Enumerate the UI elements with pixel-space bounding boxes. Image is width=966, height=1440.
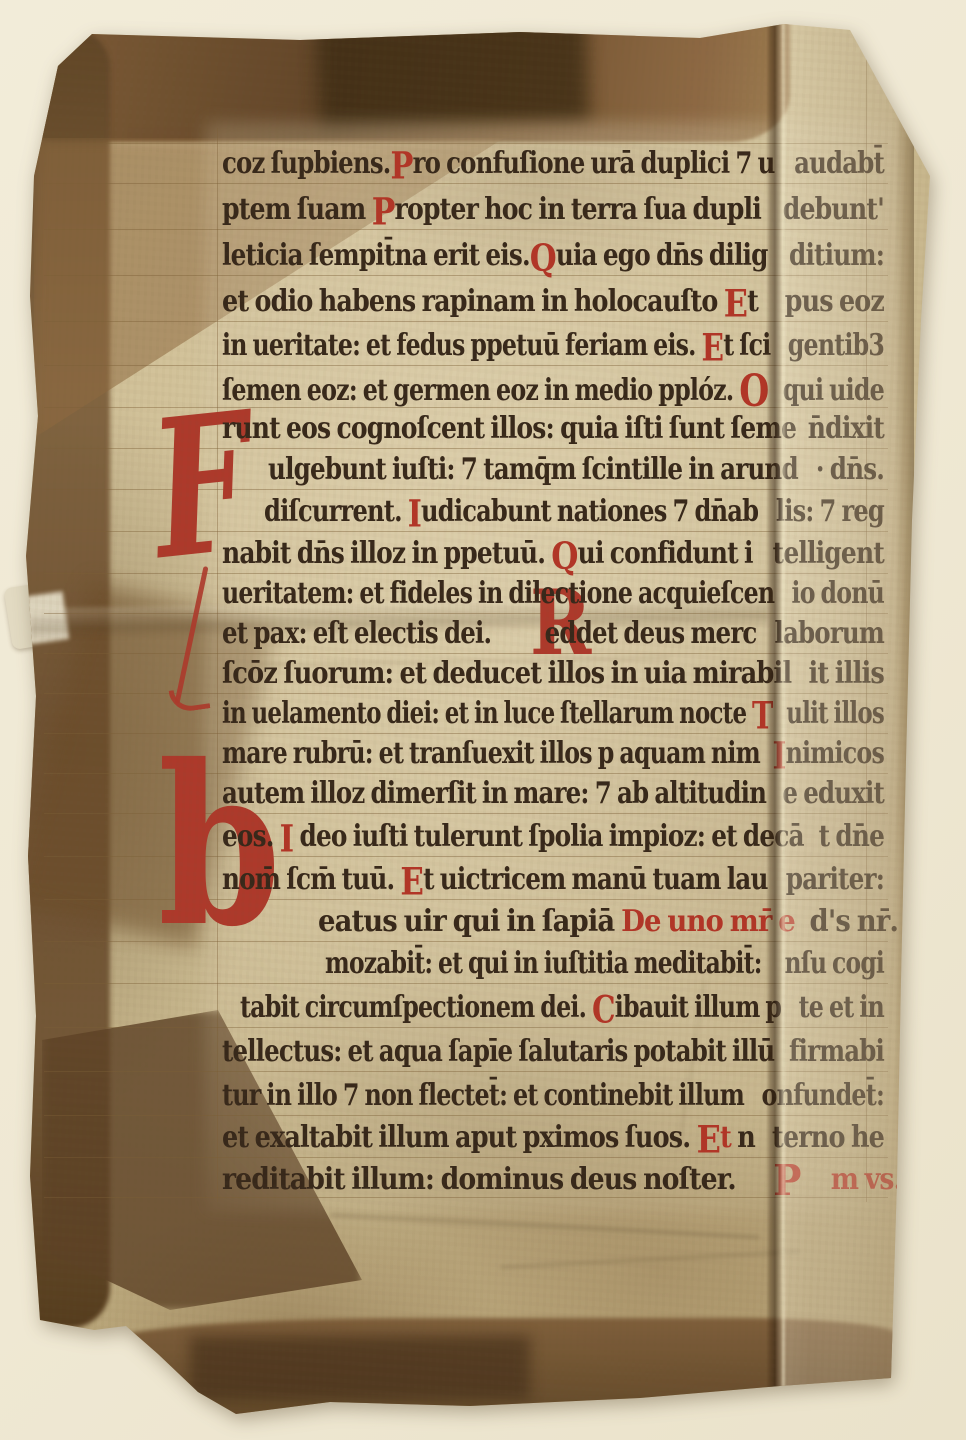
rubric-text: I — [280, 816, 294, 860]
ruling-line — [44, 1157, 888, 1158]
text-run: ibauit illum p — [615, 990, 781, 1025]
rubric-text: Q — [551, 533, 577, 577]
text-run: te et in — [799, 990, 884, 1025]
rubric-text: C — [592, 987, 615, 1031]
text-run: in ueritate: et fedus ppetuū feriam eis. — [222, 328, 701, 363]
ruling-line — [44, 531, 888, 532]
text-run: laborum — [774, 616, 884, 651]
text-run: eddet deus merc — [545, 616, 757, 651]
ruling-line — [44, 1197, 888, 1198]
manuscript-line: runt eos cognoſcent illos: quia iſti ſun… — [222, 411, 884, 453]
initial-F-flourish-tail — [175, 566, 209, 704]
ruling-line — [44, 773, 888, 774]
text-run: e eduxit — [782, 776, 884, 811]
text-run: terno he — [772, 1120, 884, 1155]
leather-stain-top — [24, 20, 790, 142]
ruling-line — [44, 899, 888, 900]
text-run: debunt' — [783, 192, 884, 227]
text-run: diſcurrent. — [264, 494, 408, 529]
text-run: ui confidunt i — [578, 536, 753, 571]
rubric-text: P — [773, 1156, 800, 1205]
wrinkle — [250, 656, 670, 666]
text-run: et odio habens rapinam in holocauſto — [222, 284, 724, 319]
manuscript-line: ueritatem: et fideles in dilectione acqu… — [222, 576, 884, 618]
ruling-line — [44, 613, 888, 614]
text-run: · dn̄s. — [816, 452, 884, 487]
text-run: ulgebunt iuſti: 7 tamq̄m ſcintille in ar… — [268, 452, 798, 487]
manuscript-line: autem illoz dimerſit in mare: 7 ab altit… — [222, 776, 884, 818]
manuscript-line: tellectus: et aqua ſapīe ſalutaris potab… — [222, 1034, 884, 1076]
text-run: pus eoz — [785, 284, 884, 319]
leather-stain-left — [18, 28, 110, 1328]
text-run: telligent — [773, 536, 884, 571]
fold-ridge-highlight — [782, 20, 785, 1388]
folded-parchment-strip — [766, 20, 914, 1388]
manuscript-line: in uelamento diei: et in luce ſtellarum … — [222, 696, 884, 738]
text-run: ptem ſuam — [222, 192, 372, 227]
manuscript-line: reditabit illum: dominus deus noſter.Pm … — [222, 1160, 902, 1202]
text-run: io donū — [792, 576, 884, 611]
ruling-line — [44, 983, 888, 984]
text-run: n̄dixit — [808, 411, 884, 446]
manuscript-line: leticia ſempit̄na erit eis.Quia ego dn̄s… — [222, 238, 884, 280]
text-run: mozabit̄: et qui in iuſtitia meditabit̄: — [325, 946, 767, 981]
ruling-line — [44, 143, 888, 144]
ruling-line — [44, 407, 888, 408]
text-run: nſu cogi — [785, 946, 884, 981]
text-run: ro confuſione urā duplici 7 u — [413, 146, 775, 181]
text-run: et pax: eſt electis dei. — [222, 616, 497, 651]
ruling-line — [44, 813, 888, 814]
tear-notch — [21, 591, 69, 644]
manuscript-line: coz ſupbiens.Pro confuſione urā duplici … — [222, 146, 884, 188]
text-run: gentib3 — [788, 328, 884, 363]
rubric-text: E — [724, 281, 747, 325]
text-run: reditabit illum: dominus deus noſter. — [222, 1162, 736, 1197]
wrinkle — [330, 1213, 760, 1239]
manuscript-line: diſcurrent. Iudicabunt nationes 7 dn̄abl… — [264, 494, 884, 536]
ruling-line — [44, 321, 888, 322]
ruling-line — [44, 275, 888, 276]
rubric-text: E — [400, 859, 423, 903]
text-run: audabt̄ — [794, 146, 884, 181]
leather-stain-bottom-left — [42, 1010, 362, 1310]
ruling-line — [44, 183, 888, 184]
rubric-text: Q — [530, 235, 556, 279]
text-run: ſemen eoz: et germen eoz in medio pplóz. — [222, 373, 739, 408]
text-run: in uelamento diei: et in luce ſtellarum … — [222, 696, 752, 731]
manuscript-line: mozabit̄: et qui in iuſtitia meditabit̄:… — [325, 946, 884, 988]
rubric-text: I — [408, 491, 421, 535]
manuscript-line: et pax: eſt electis dei. eddet deus merc… — [222, 616, 884, 658]
ruling-line-vertical — [866, 48, 867, 1202]
text-run: udicabunt nationes 7 dn̄ab — [421, 494, 758, 529]
parchment-leaf: FbR coz ſupbiens.Pro confuſione urā dupl… — [0, 0, 966, 1440]
text-run: deo iuſti tulerunt ſpolia impioz: et dec… — [293, 819, 803, 854]
text-run: t dn̄e — [819, 819, 884, 854]
text-run: tellectus: et aqua ſapīe ſalutaris potab… — [222, 1034, 774, 1069]
manuscript-line: eatus uir qui in ſapiā De uno mr̄ ed's n… — [318, 904, 898, 946]
ruling-line — [44, 856, 888, 857]
text-run: ſcōz ſuorum: et deducet illos in uia mir… — [222, 656, 791, 691]
text-run: tur in illo 7 non flectet̄: et continebi… — [222, 1078, 744, 1113]
rubric-text: E — [697, 1117, 720, 1161]
rubric-text: P — [372, 189, 395, 233]
text-run: t — [747, 284, 764, 319]
stain-bottom-dark — [190, 1336, 530, 1400]
rubric-text: P — [390, 143, 412, 187]
manuscript-line: ptem ſuam Propter hoc in terra ſua dupli… — [222, 192, 884, 234]
manuscript-line: in ueritate: et fedus ppetuū feriam eis.… — [222, 328, 884, 370]
text-run: uia ego dn̄s dilig — [556, 238, 768, 273]
text-run: ditium: — [789, 238, 884, 273]
ruling-line — [44, 229, 888, 230]
leather-stain-diagonal — [34, 138, 504, 438]
rubric-text: I — [773, 733, 786, 777]
text-run: nimicos — [786, 736, 884, 771]
ruling-line — [44, 365, 888, 366]
text-run: coz ſupbiens. — [222, 146, 390, 181]
text-run: qui uide — [783, 373, 884, 408]
stain-mid-left — [11, 582, 275, 948]
text-run: leticia ſempit̄na erit eis. — [222, 238, 530, 273]
rubric-text: E — [701, 325, 723, 369]
ruling-line — [44, 1071, 888, 1072]
ruling-line — [44, 1027, 888, 1028]
text-run: n — [731, 1120, 755, 1155]
wrinkle — [500, 1250, 800, 1269]
text-run: eatus uir qui in ſapiā — [318, 904, 621, 939]
text-run: eos. — [222, 819, 280, 854]
leather-stain-top-dark — [316, 17, 589, 130]
illuminated-initial-R: R — [530, 588, 591, 658]
text-run: ulit illos — [786, 696, 884, 731]
illuminated-initial-B: b — [158, 760, 281, 932]
manuscript-line: nom̄ ſcm̄ tuū. Et uictricem manū tuam la… — [222, 862, 884, 904]
text-run: et exaltabit illum aput pximos ſuos. — [222, 1120, 697, 1155]
ruling-line — [44, 489, 888, 490]
ruling-line — [44, 573, 888, 574]
rubric-text: O — [739, 366, 768, 417]
manuscript-line: tur in illo 7 non flectet̄: et continebi… — [222, 1078, 884, 1120]
manuscript-line: ulgebunt iuſti: 7 tamq̄m ſcintille in ar… — [268, 452, 884, 494]
manuscript-line: eos. I deo iuſti tulerunt ſpolia impioz:… — [222, 819, 884, 861]
text-run: ropter hoc in terra ſua dupli — [395, 192, 761, 227]
text-run: onfundet̄: — [761, 1078, 884, 1113]
text-area-highlight — [205, 122, 895, 1212]
ruling-line — [44, 693, 888, 694]
manuscript-line: et odio habens rapinam in holocauſto Et … — [222, 284, 884, 326]
text-run: tabit circumſpectionem dei. — [240, 990, 592, 1025]
manuscript-line: et exaltabit illum aput pximos ſuos. Et … — [222, 1120, 884, 1162]
manuscript-line: nabit dn̄s illoz in ppetuū. Qui confidun… — [222, 536, 884, 578]
ruling-line — [44, 1115, 888, 1116]
ruling-line — [44, 941, 888, 942]
text-run: lis: 7 reg — [776, 494, 884, 529]
text-run: it illis — [808, 656, 884, 691]
ruling-line — [44, 653, 888, 654]
text-run: autem illoz dimerſit in mare: 7 ab altit… — [222, 776, 766, 811]
manuscript-line: ſcōz ſuorum: et deducet illos in uia mir… — [222, 656, 884, 698]
horizontal-fold-crease — [30, 596, 768, 641]
text-run: d's nr̄. — [810, 904, 898, 939]
ruling-line-vertical — [217, 128, 218, 1202]
ruling-line — [44, 448, 888, 449]
text-run: t ſci — [723, 328, 770, 363]
manuscript-line: tabit circumſpectionem dei. Cibauit illu… — [240, 990, 884, 1032]
text-run: t uictricem manū tuam lau — [423, 862, 767, 897]
rubric-text: t — [720, 1120, 731, 1155]
manuscript-photo: FbR coz ſupbiens.Pro confuſione urā dupl… — [0, 0, 966, 1440]
text-run: mare rubrū: et tranſuexit illos p aquam … — [222, 736, 760, 771]
leather-stain-bottom — [100, 1318, 900, 1418]
rubric-text: m vs. — [831, 1162, 902, 1197]
text-run: firmabi — [789, 1034, 884, 1069]
text-run: runt eos cognoſcent illos: quia iſti ſun… — [222, 411, 796, 446]
initial-F-flourish-curl — [169, 685, 211, 713]
text-run: pariter: — [786, 862, 884, 897]
rubric-text: De uno mr̄ e — [621, 904, 795, 939]
text-run: nom̄ ſcm̄ tuū. — [222, 862, 400, 897]
rubric-text: T — [752, 693, 773, 737]
text-run: ueritatem: et fideles in dilectione acqu… — [222, 576, 774, 611]
illuminated-initial-F: F — [146, 408, 258, 566]
wrinkle — [677, 981, 707, 1149]
ruling-line — [44, 733, 888, 734]
manuscript-line: ſemen eoz: et germen eoz in medio pplóz.… — [222, 370, 884, 412]
manuscript-line: mare rubrū: et tranſuexit illos p aquam … — [222, 736, 884, 778]
parchment-leaf-wrap: FbR coz ſupbiens.Pro confuſione urā dupl… — [0, 0, 966, 1440]
text-run: nabit dn̄s illoz in ppetuū. — [222, 536, 551, 571]
